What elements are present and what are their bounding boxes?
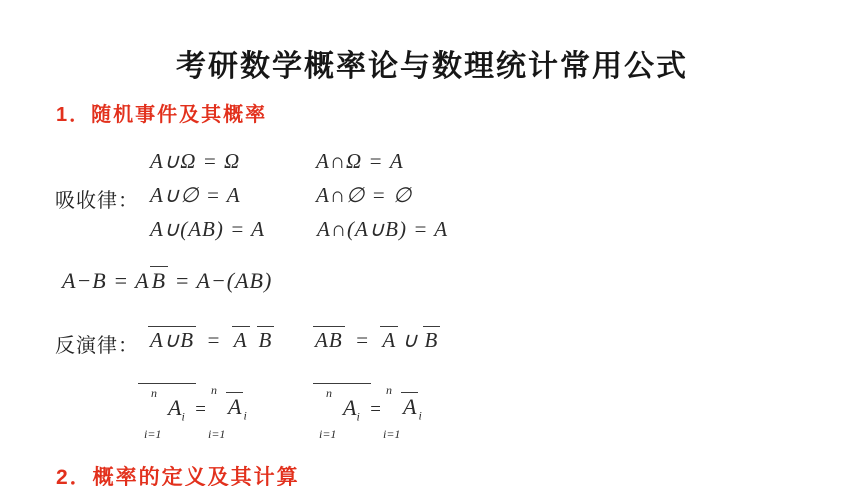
upper-limit-n: n <box>151 386 157 401</box>
formula-union-ab: A∪(AB) = A <box>150 217 265 242</box>
overline-rule <box>313 383 371 384</box>
demorgan2-ab-bar: AB <box>313 326 345 351</box>
demorgan1-equals: = <box>206 328 221 352</box>
lower-limit: i=1 <box>383 427 400 442</box>
term-a-i-bar: Ai <box>401 392 422 423</box>
demorgan2-cup: ∪ <box>402 328 418 352</box>
difference-b-bar: B <box>150 266 168 292</box>
formula-demorgan-union: A∪B = AB <box>148 326 274 353</box>
demorgan2-b-bar: B <box>423 326 441 351</box>
demorgan2-equals: = <box>355 328 370 352</box>
equals-sign: = <box>369 399 382 421</box>
formula-union-omega: A∪Ω = Ω <box>150 149 240 174</box>
page-title: 考研数学概率论与数理统计常用公式 <box>0 41 864 85</box>
document-page: 考研数学概率论与数理统计常用公式 1．随机事件及其概率 A∪Ω = Ω A∩Ω … <box>0 0 864 486</box>
section-2-heading: 2．概率的定义及其计算 <box>56 461 300 486</box>
term-a-i: Ai <box>168 395 185 424</box>
term-a-i: Ai <box>343 395 360 424</box>
lower-limit: i=1 <box>144 427 161 442</box>
overline-rule <box>138 383 196 384</box>
demorgan-law-label: 反演律： <box>55 329 139 358</box>
formula-intersect-aub: A∩(A∪B) = A <box>317 217 448 242</box>
upper-limit-n: n <box>386 383 392 398</box>
difference-part-1: A−B = A <box>62 268 150 293</box>
formula-intersect-omega: A∩Ω = A <box>316 149 404 174</box>
section-1-heading: 1．随机事件及其概率 <box>56 98 267 127</box>
demorgan2-a-bar: A <box>380 326 398 351</box>
formula-union-empty: A∪∅ = A <box>150 183 241 208</box>
lower-limit: i=1 <box>208 427 225 442</box>
equals-sign: = <box>194 399 207 421</box>
formula-intersect-empty: A∩∅ = ∅ <box>316 183 412 208</box>
formula-demorgan-n-events-1: n Ai = n Ai i=1 i=1 <box>136 380 258 444</box>
difference-part-2: = A−(AB) <box>175 268 273 293</box>
upper-limit-n: n <box>211 383 217 398</box>
formula-difference: A−B = AB = A−(AB) <box>62 266 272 294</box>
term-a-i-bar: Ai <box>226 392 247 423</box>
demorgan1-aub-bar: A∪B <box>148 326 196 351</box>
lower-limit: i=1 <box>319 427 336 442</box>
upper-limit-n: n <box>326 386 332 401</box>
formula-demorgan-n-events-2: n Ai = n Ai i=1 i=1 <box>311 380 433 444</box>
demorgan1-b-bar: B <box>257 326 275 351</box>
demorgan1-a-bar: A <box>232 326 250 351</box>
absorption-law-label: 吸收律： <box>55 184 139 213</box>
formula-demorgan-intersect: AB = A∪B <box>313 326 440 353</box>
